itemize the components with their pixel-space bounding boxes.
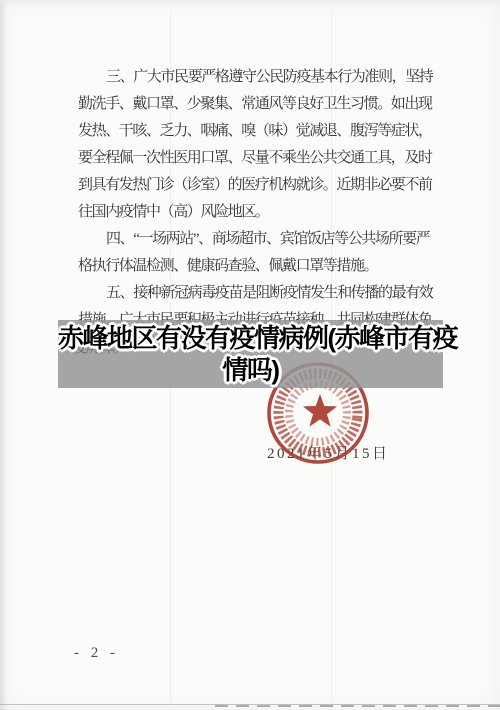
doc-line: 三、广大市民要严格遵守公民防疫基本行为准则，坚持 [78,64,438,91]
star-icon [303,394,337,427]
headline-line-2: 情吗) [58,354,443,386]
headline-line-1: 赤峰地区有没有疫情病例(赤峰市有疫 [58,322,443,354]
doc-line: 格执行体温检测、健康码查验、佩戴口罩等措施。 [78,253,438,280]
doc-line: 往国内疫情中（高）风险地区。 [78,199,438,226]
doc-line: 五、接种新冠病毒疫苗是阻断疫情发生和传播的最有效 [78,280,438,307]
doc-line: 发热、干咳、乏力、咽痛、嗅（味）觉减退、腹泻等症状， [78,118,438,145]
doc-line: 勤洗手、戴口罩、少聚集、常通风等良好卫生习惯。如出现 [78,91,438,118]
headline-overlay-banner: 疫屏障。 赤峰地区有没有疫情病例(赤峰市有疫 情吗) [58,320,443,388]
document-body: 三、广大市民要严格遵守公民防疫基本行为准则，坚持 勤洗手、戴口罩、少聚集、常通风… [78,64,438,334]
scan-edge-shadow-left [0,0,7,710]
scan-edge-shadow-top [0,0,500,8]
scan-noise-dashes [215,705,500,707]
page-number: - 2 - [74,645,119,662]
doc-line: 到具有发热门诊（诊室）的医疗机构就诊。近期非必要不前 [78,172,438,199]
doc-line: 要全程佩一次性医用口罩、尽量不乘坐公共交通工具，及时 [78,145,438,172]
doc-line: 四、“一场两站”、商场超市、宾馆饭店等公共场所要严 [78,226,438,253]
scanned-notice-page: 三、广大市民要严格遵守公民防疫基本行为准则，坚持 勤洗手、戴口罩、少聚集、常通风… [0,0,500,710]
